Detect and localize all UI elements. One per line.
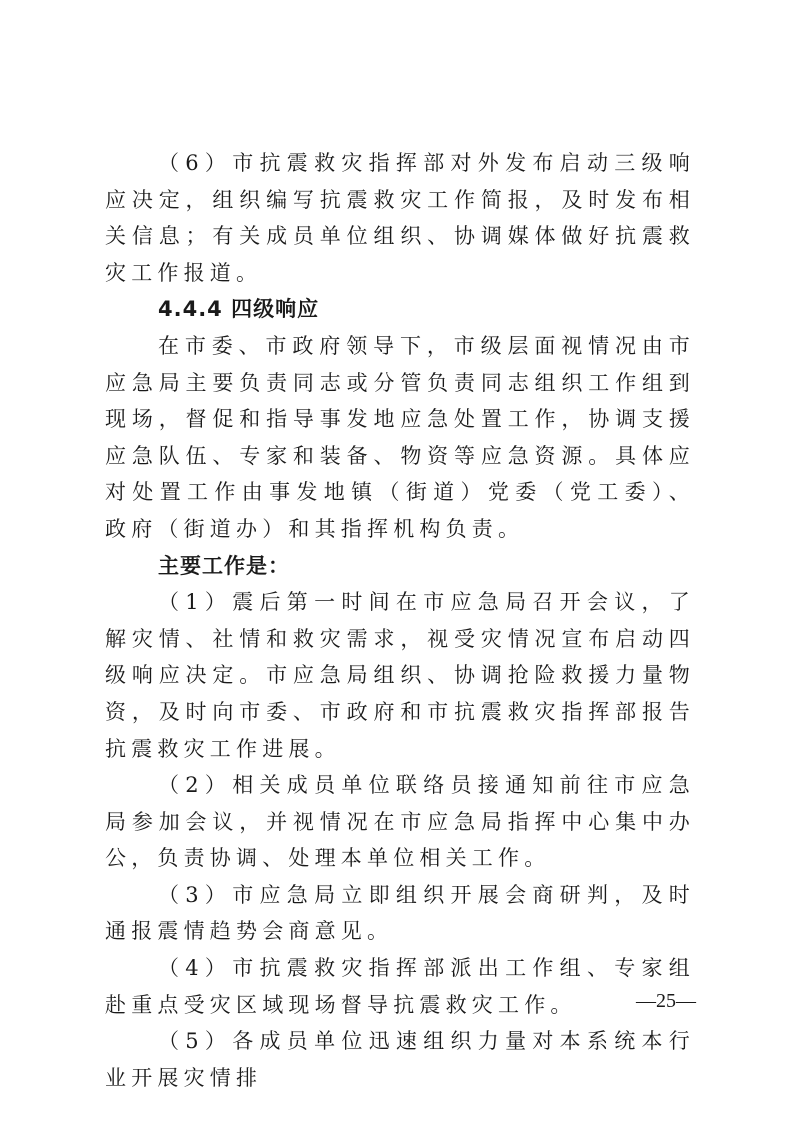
paragraph-task-4: （4）市抗震救灾指挥部派出工作组、专家组赴重点受灾区域现场督导抗震救灾工作。: [105, 950, 695, 1023]
section-heading-4-4-4: 4.4.4 四级响应: [105, 291, 695, 328]
paragraph-task-2: （2）相关成员单位联络员接通知前往市应急局参加会议，并视情况在市应急局指挥中心集…: [105, 767, 695, 877]
paragraph-task-3: （3）市应急局立即组织开展会商研判，及时通报震情趋势会商意见。: [105, 877, 695, 950]
paragraph-item-6-level3-publicity: （6）市抗震救灾指挥部对外发布启动三级响应决定，组织编写抗震救灾工作简报，及时发…: [105, 145, 695, 291]
paragraph-level4-overview: 在市委、市政府领导下，市级层面视情况由市应急局主要负责同志或分管负责同志组织工作…: [105, 328, 695, 548]
page-number: —25—: [636, 990, 696, 1013]
subheading-main-tasks: 主要工作是：: [105, 548, 695, 585]
paragraph-task-5: （5）各成员单位迅速组织力量对本系统本行业开展灾情排: [105, 1023, 695, 1096]
document-page-body: （6）市抗震救灾指挥部对外发布启动三级响应决定，组织编写抗震救灾工作简报，及时发…: [105, 145, 695, 1096]
paragraph-task-1: （1）震后第一时间在市应急局召开会议，了解灾情、社情和救灾需求，视受灾情况宣布启…: [105, 584, 695, 767]
